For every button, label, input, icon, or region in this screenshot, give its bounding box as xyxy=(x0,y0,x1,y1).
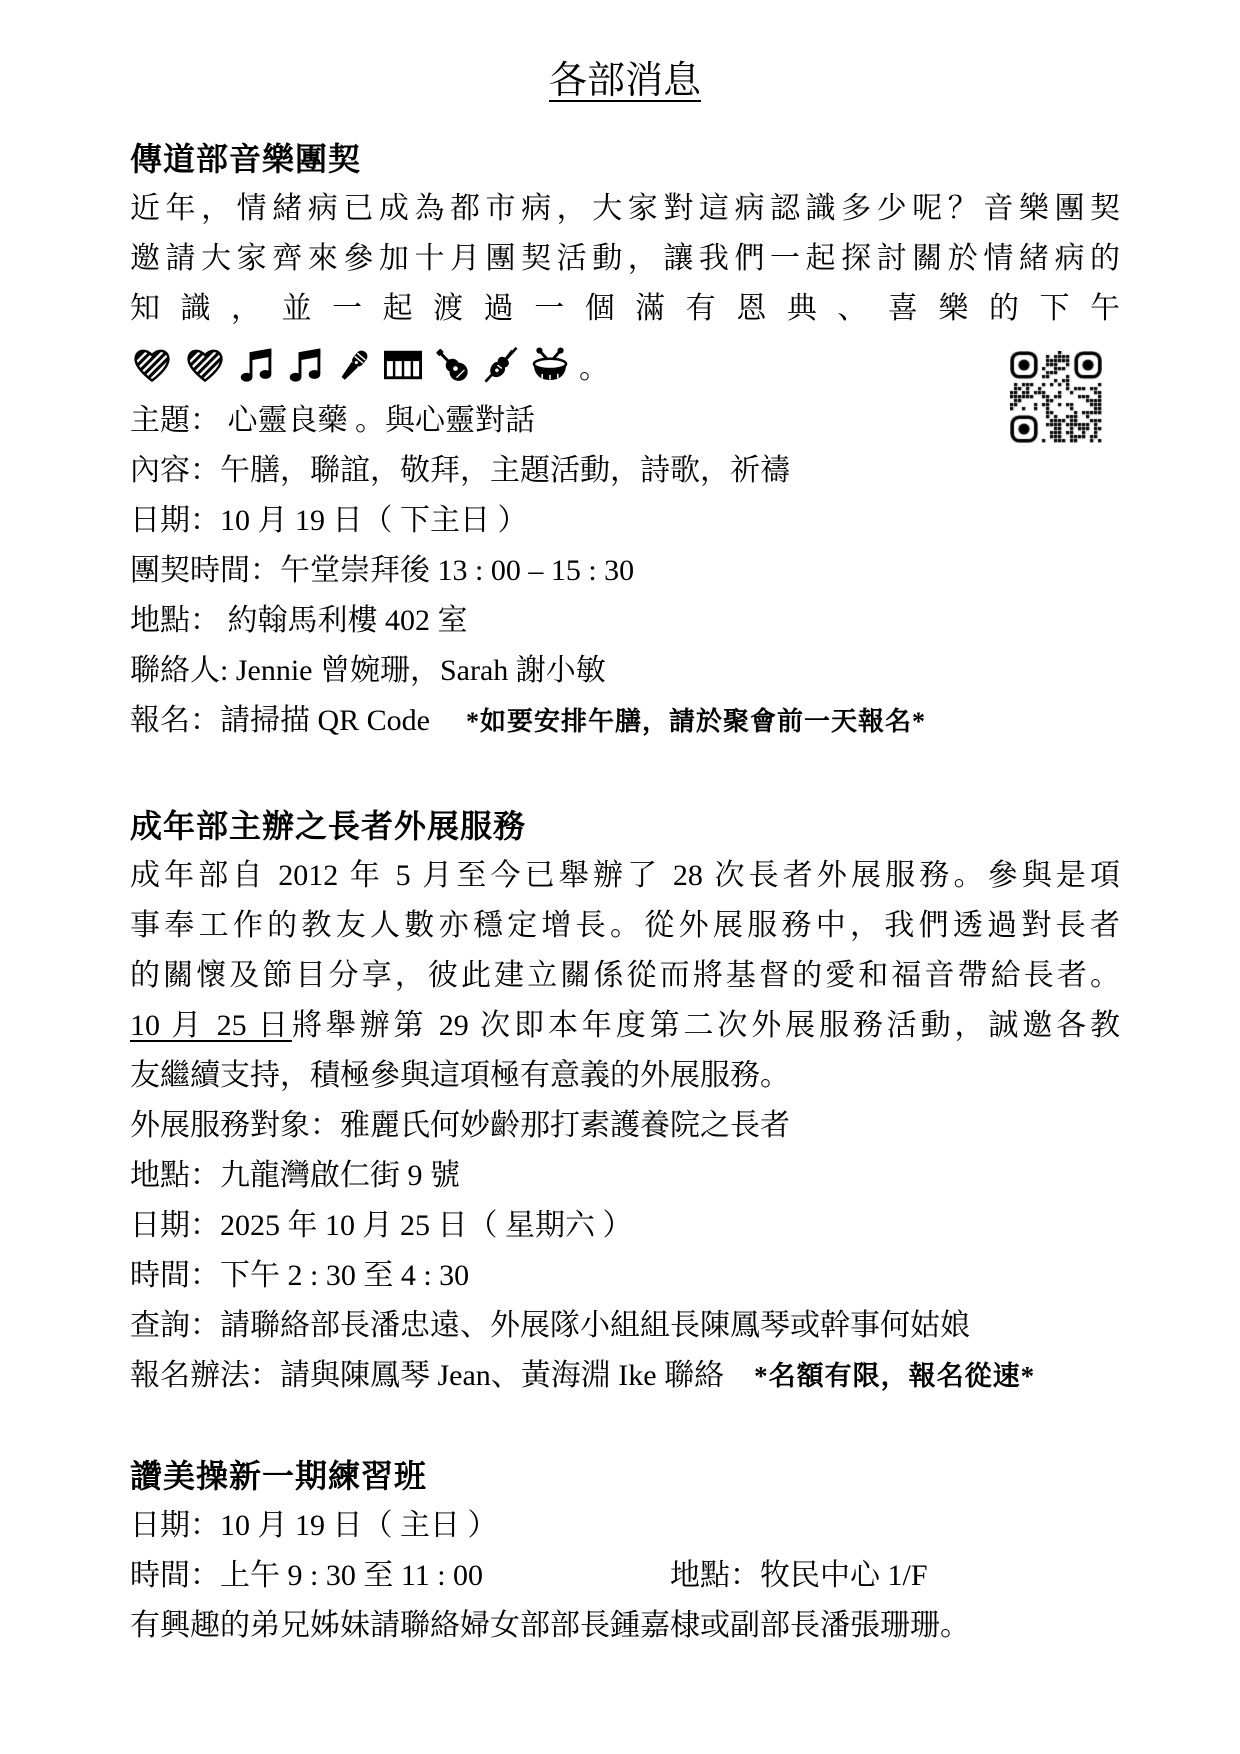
paragraph-line: 事奉工作的教友人數亦穩定增長。從外展服務中，我們透過對長者 xyxy=(130,901,1120,951)
signup-note: *名額有限，報名從速* xyxy=(754,1361,1035,1391)
detail-signup: 報名：請掃描 QR Code*如要安排午膳，請於聚會前一天報名* xyxy=(130,696,1120,747)
paragraph-line: 友繼續支持，積極參與這項極有意義的外展服務。 xyxy=(130,1051,1120,1101)
newsletter-page: 各部消息 傳道部音樂團契 近年，情緒病已成為都市病，大家對這病認識多少呢？音樂團… xyxy=(0,0,1240,1754)
microphone-icon xyxy=(334,345,374,385)
paragraph-line: 知識，並一起渡過一個滿有恩典、喜樂的下午 xyxy=(130,284,1120,334)
detail-venue: 地點：牧民中心 1/F xyxy=(670,1559,928,1592)
striped-heart-icon xyxy=(183,345,227,385)
piano-keyboard-icon xyxy=(383,345,423,385)
detail-signup: 報名辦法：請與陳鳳琴 Jean、黃海淵 Ike 聯絡*名額有限，報名從速* xyxy=(130,1351,1120,1401)
section-heading-elderly-outreach: 成年部主辦之長者外展服務 xyxy=(130,801,1120,851)
detail-target: 外展服務對象：雅麗氏何妙齡那打素護養院之長者 xyxy=(130,1101,1120,1151)
detail-theme: 主題： 心靈良藥 。與心靈對話 xyxy=(130,396,1120,446)
signup-note: *如要安排午膳，請於聚會前一天報名* xyxy=(466,707,926,736)
music-notes-icon xyxy=(285,345,325,385)
section-heading-praise-dance: 讚美操新一期練習班 xyxy=(130,1451,1120,1501)
section-heading-music-fellowship: 傳道部音樂團契 xyxy=(130,134,1120,184)
detail-content: 內容：午膳，聯誼，敬拜，主題活動，詩歌，祈禱 xyxy=(130,446,1120,496)
paragraph-line: 的關懷及節目分享，彼此建立關係從而將基督的愛和福音帶給長者。 xyxy=(130,951,1120,1001)
detail-time: 時間：上午 9 : 30 至 11 : 00 xyxy=(130,1551,670,1601)
detail-date: 日期：2025 年 10 月 25 日（ 星期六 ） xyxy=(130,1201,1120,1251)
detail-contact: 聯絡人: Jennie 曾婉珊，Sarah 謝小敏 xyxy=(130,646,1120,696)
detail-date: 日期：10 月 19 日（ 主日 ） xyxy=(130,1501,1120,1551)
page-title-text: 各部消息 xyxy=(549,60,701,102)
detail-note: 有興趣的弟兄姊妹請聯絡婦女部部長鍾嘉棣或副部長潘張珊珊。 xyxy=(130,1601,1120,1651)
icon-line-period: 。 xyxy=(579,343,609,387)
detail-venue: 地點： 約翰馬利樓 402 室 xyxy=(130,596,1120,646)
signup-text: 報名辦法：請與陳鳳琴 Jean、黃海淵 Ike 聯絡 xyxy=(130,1359,724,1392)
violin-icon xyxy=(481,345,521,385)
paragraph-line-underlined-date: 10 月 25 日將舉辦第 29 次即本年度第二次外展服務活動，誠邀各教 xyxy=(130,1001,1120,1051)
qr-code xyxy=(1010,351,1102,443)
detail-time-venue: 時間：上午 9 : 30 至 11 : 00地點：牧民中心 1/F xyxy=(130,1551,1120,1601)
drum-icon xyxy=(530,345,570,385)
detail-venue: 地點：九龍灣啟仁街 9 號 xyxy=(130,1151,1120,1201)
music-icons-row: 。 xyxy=(130,334,1120,396)
electric-guitar-icon xyxy=(432,345,472,385)
detail-time: 團契時間：午堂崇拜後 13 : 00 – 15 : 30 xyxy=(130,546,1120,596)
paragraph-text: 將舉辦第 29 次即本年度第二次外展服務活動，誠邀各教 xyxy=(292,1009,1120,1042)
striped-heart-icon xyxy=(130,345,174,385)
paragraph-line: 成年部自 2012 年 5 月至今已舉辦了 28 次長者外展服務。參與是項 xyxy=(130,851,1120,901)
music-notes-icon xyxy=(236,345,276,385)
paragraph-line: 邀請大家齊來參加十月團契活動，讓我們一起探討關於情緒病的 xyxy=(130,234,1120,284)
detail-time: 時間：下午 2 : 30 至 4 : 30 xyxy=(130,1251,1120,1301)
signup-text: 報名：請掃描 QR Code xyxy=(130,704,430,737)
paragraph-line: 近年，情緒病已成為都市病，大家對這病認識多少呢？音樂團契 xyxy=(130,184,1120,234)
detail-date: 日期：10 月 19 日（ 下主日 ） xyxy=(130,496,1120,546)
page-title: 各部消息 xyxy=(130,58,1120,104)
detail-enquiry: 查詢：請聯絡部長潘忠遠、外展隊小組組長陳鳳琴或幹事何姑娘 xyxy=(130,1301,1120,1351)
underlined-date: 10 月 25 日 xyxy=(130,1009,292,1042)
